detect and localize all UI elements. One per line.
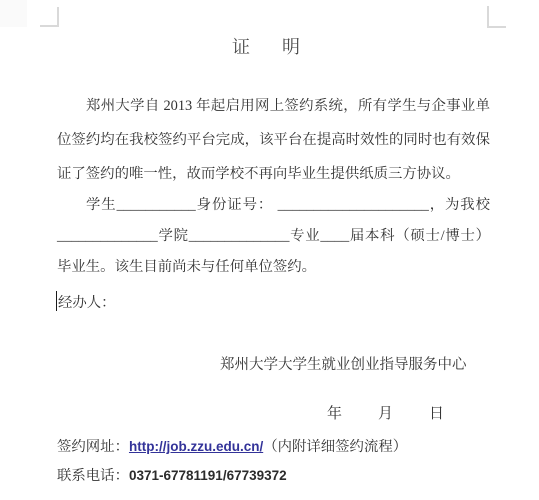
page-title: 证 明 (0, 33, 539, 59)
intro-line-3: 证了签约的唯一性，故而学校不再向毕业生提供纸质三方协议。 (57, 157, 490, 191)
signing-website-note: （内附详细签约流程） (263, 439, 407, 455)
margin-crop-mark-top-right (487, 6, 506, 28)
intro-paragraph: 郑州大学自 2013 年起启用网上签约系统，所有学生与企事业单 位签约均在我校签… (57, 89, 490, 191)
date-placeholder: 年 月 日 (327, 402, 446, 423)
student-clause-paragraph: 学生___________身份证号： _____________________… (57, 190, 490, 283)
handler-label: 经办人： (58, 295, 116, 311)
page-corner-shade (0, 0, 27, 27)
handler-line: 经办人： (56, 291, 116, 312)
contact-phone-number: 0371-67781191/67739372 (129, 468, 287, 483)
signing-website-link[interactable]: http://job.zzu.edu.cn/ (129, 439, 263, 454)
signing-website-line: 签约网址：http://job.zzu.edu.cn/（内附详细签约流程） (57, 435, 407, 456)
contact-phone-label: 联系电话： (57, 468, 129, 484)
issuer-name: 郑州大学大学生就业创业指导服务中心 (220, 353, 467, 374)
student-clause-line-2: ______________学院______________专业____届本科（… (57, 221, 490, 252)
student-clause-line-3: 毕业生。该生目前尚未与任何单位签约。 (57, 252, 490, 283)
intro-line-1: 郑州大学自 2013 年起启用网上签约系统，所有学生与企事业单 (57, 89, 490, 123)
margin-crop-mark-top-left (40, 7, 59, 27)
student-clause-line-1: 学生___________身份证号： _____________________… (57, 190, 490, 221)
contact-phone-line: 联系电话：0371-67781191/67739372 (57, 464, 287, 485)
intro-line-2: 位签约均在我校签约平台完成，该平台在提高时效性的同时也有效保 (57, 123, 490, 157)
certificate-document-page: 证 明 郑州大学自 2013 年起启用网上签约系统，所有学生与企事业单 位签约均… (0, 0, 539, 500)
text-cursor (56, 291, 57, 311)
signing-website-label: 签约网址： (57, 439, 129, 455)
